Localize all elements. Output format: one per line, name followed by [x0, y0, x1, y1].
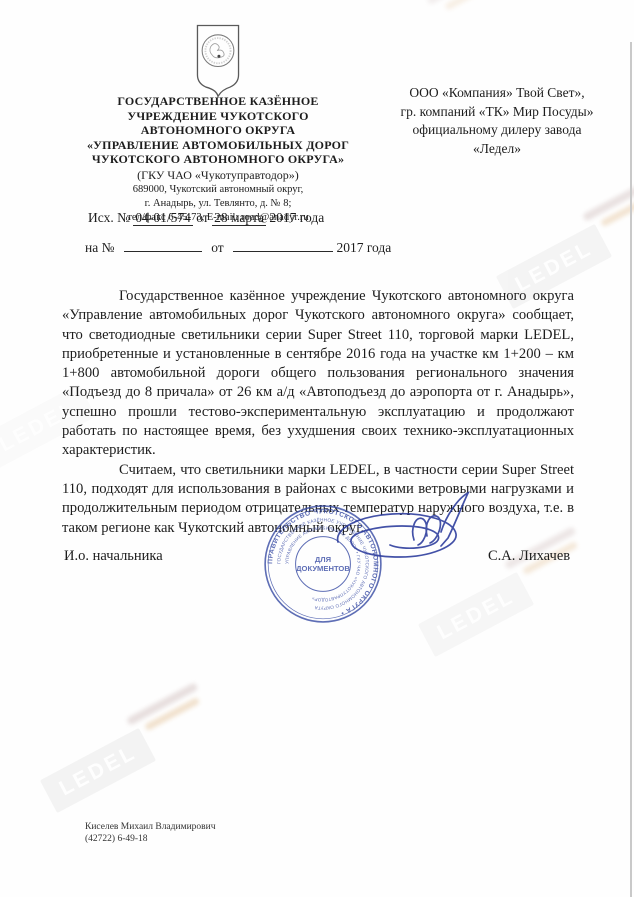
- org-name-line: АВТОНОМНОГО ОКРУГА: [68, 123, 368, 138]
- watermark-smudge: [444, 0, 500, 11]
- org-name-line: ГОСУДАРСТВЕННОЕ КАЗЁННОЕ: [68, 94, 368, 109]
- watermark-smudge: [600, 193, 634, 227]
- watermark-smudge: [144, 697, 200, 731]
- org-address-line: г. Анадырь, ул. Тевлянто, д. № 8;: [68, 197, 368, 210]
- recipient-line: «Ледел»: [372, 140, 622, 159]
- in-ref-year: 2017 года: [336, 240, 391, 255]
- recipient-line: гр. компаний «ТК» Мир Посуды»: [372, 103, 622, 122]
- handwritten-signature: [330, 490, 472, 578]
- in-ref-from: от: [211, 240, 223, 255]
- signer-name: С.А. Лихачев: [488, 548, 570, 565]
- ledel-watermark: LEDEL: [418, 572, 534, 657]
- executor-block: Киселев Михаил Владимирович (42722) 6-49…: [85, 822, 216, 845]
- stamp-center-line1: ДЛЯ: [315, 555, 331, 564]
- body-paragraph: Государственное казённое учреждение Чуко…: [62, 287, 574, 461]
- incoming-reference-line: на № от 2017 года: [85, 238, 391, 256]
- recipient-block: ООО «Компания» Твой Свет», гр. компаний …: [372, 84, 622, 158]
- sender-letterhead: ГОСУДАРСТВЕННОЕ КАЗЁННОЕ УЧРЕЖДЕНИЕ ЧУКО…: [68, 94, 368, 224]
- out-ref-year: 2017 года: [269, 210, 324, 225]
- org-short-name: (ГКУ ЧАО «Чукотуправтодор»): [68, 168, 368, 183]
- out-ref-number: 04-01/574: [133, 210, 193, 226]
- signer-position: И.о. начальника: [64, 548, 163, 565]
- scan-edge-line: [630, 42, 632, 897]
- in-ref-prefix: на №: [85, 240, 114, 255]
- watermark-smudge: [582, 178, 634, 222]
- outgoing-reference-line: Исх. № 04-01/574 от 28 марта 2017 года: [88, 210, 324, 226]
- executor-phone: (42722) 6-49-18: [85, 834, 216, 846]
- org-name-line: УЧРЕЖДЕНИЕ ЧУКОТСКОГО: [68, 109, 368, 124]
- org-name-line: «УПРАВЛЕНИЕ АВТОМОБИЛЬНЫХ ДОРОГ: [68, 138, 368, 153]
- watermark-smudge: [126, 682, 199, 726]
- watermark-smudge: [426, 0, 499, 5]
- recipient-line: ООО «Компания» Твой Свет»,: [372, 84, 622, 103]
- out-ref-date: 28 марта: [212, 210, 266, 226]
- out-ref-from: от: [196, 210, 208, 225]
- scanned-letter-page: { "letterhead": { "name_bold_lines": [ "…: [0, 0, 634, 897]
- org-name-line: ЧУКОТСКОГО АВТОНОМНОГО ОКРУГА»: [68, 152, 368, 167]
- ledel-watermark: LEDEL: [40, 728, 156, 813]
- in-ref-date-blank: [233, 238, 333, 252]
- in-ref-number-blank: [124, 238, 202, 252]
- coat-of-arms-icon: [190, 22, 246, 98]
- out-ref-prefix: Исх. №: [88, 210, 130, 225]
- executor-name: Киселев Михаил Владимирович: [85, 822, 216, 834]
- recipient-line: официальному дилеру завода: [372, 121, 622, 140]
- ledel-logo: LEDEL: [40, 728, 156, 813]
- ledel-logo: LEDEL: [418, 572, 534, 657]
- org-address-line: 689000, Чукотский автономный округ,: [68, 183, 368, 196]
